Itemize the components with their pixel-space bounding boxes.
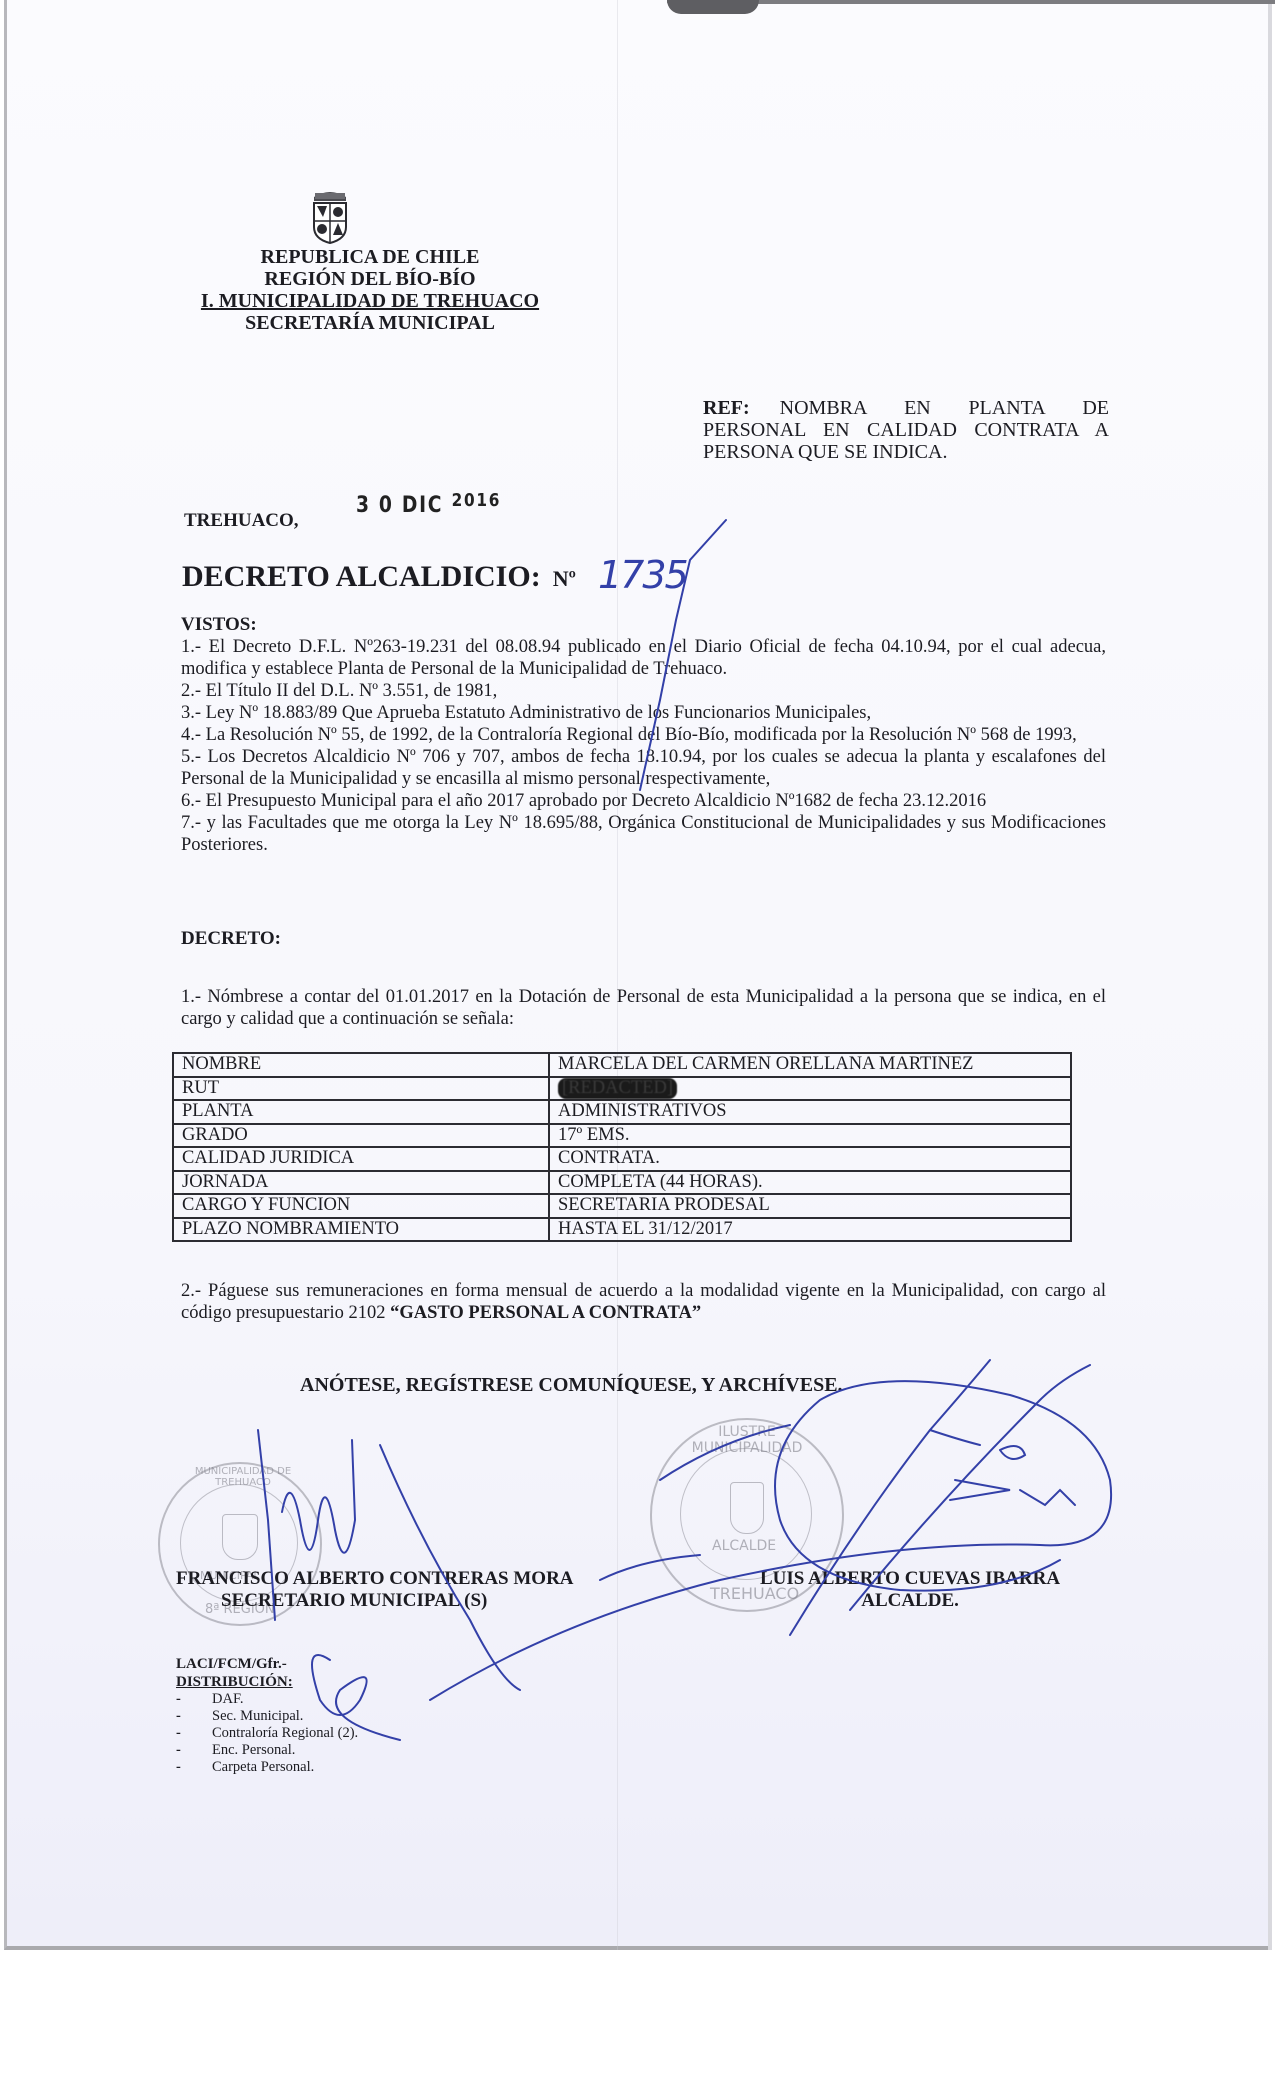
scan-shadow-blob: [667, 0, 759, 14]
visto-item: 5.- Los Decretos Alcaldicio Nº 706 y 707…: [181, 746, 1106, 790]
field-value: 17º EMS.: [549, 1124, 1071, 1148]
distribution-item: Carpeta Personal.: [176, 1759, 358, 1776]
secretary-name: FRANCISCO ALBERTO CONTRERAS MORA: [176, 1568, 574, 1590]
header-line-department: SECRETARÍA MUNICIPAL: [160, 312, 580, 334]
field-value: ADMINISTRATIVOS: [549, 1100, 1071, 1124]
table-row: RUT[REDACTED]: [173, 1077, 1071, 1101]
budget-code-label: “GASTO PERSONAL A CONTRATA”: [390, 1303, 701, 1323]
redacted-rut: [REDACTED]: [558, 1078, 677, 1100]
field-label: JORNADA: [173, 1171, 549, 1195]
field-value: CONTRATA.: [549, 1147, 1071, 1171]
vistos-section: VISTOS: 1.- El Decreto D.F.L. Nº263-19.2…: [181, 614, 1106, 856]
secretary-role: SECRETARIO MUNICIPAL (S): [176, 1590, 574, 1612]
table-row: PLANTAADMINISTRATIVOS: [173, 1100, 1071, 1124]
header-line-municipality: I. MUNICIPALIDAD DE TREHUACO: [160, 290, 580, 312]
field-label: CALIDAD JURIDICA: [173, 1147, 549, 1171]
visto-item: 2.- El Título II del D.L. Nº 3.551, de 1…: [181, 680, 1106, 702]
table-row: CALIDAD JURIDICACONTRATA.: [173, 1147, 1071, 1171]
municipal-coat-of-arms-icon: [309, 185, 351, 245]
page-edge: [1268, 0, 1272, 1950]
stamp-right-top-text: ILUSTRE MUNICIPALIDAD: [662, 1424, 832, 1456]
table-row: CARGO Y FUNCIONSECRETARIA PRODESAL: [173, 1194, 1071, 1218]
signature-block-mayor: LUIS ALBERTO CUEVAS IBARRA ALCALDE.: [760, 1568, 1060, 1612]
letterhead: REPUBLICA DE CHILE REGIÓN DEL BÍO-BÍO I.…: [160, 246, 580, 334]
field-value: [REDACTED]: [549, 1077, 1071, 1101]
distribution-label: DISTRIBUCIÓN:: [176, 1673, 358, 1691]
table-row: GRADO17º EMS.: [173, 1124, 1071, 1148]
stamp-right-crest-icon: [730, 1482, 764, 1534]
decreto-paragraph-2: 2.- Páguese sus remuneraciones en forma …: [181, 1280, 1106, 1324]
visto-item: 6.- El Presupuesto Municipal para el año…: [181, 790, 1106, 812]
closing-formula: ANÓTESE, REGÍSTRESE COMUNÍQUESE, Y ARCHÍ…: [300, 1374, 843, 1397]
distribution-item: DAF.: [176, 1691, 358, 1708]
decree-number-label: Nº: [553, 566, 576, 591]
table-row: NOMBREMARCELA DEL CARMEN ORELLANA MARTIN…: [173, 1053, 1071, 1077]
appointment-table: NOMBREMARCELA DEL CARMEN ORELLANA MARTIN…: [172, 1052, 1072, 1242]
stamp-left-crest-icon: [222, 1514, 258, 1560]
distribution-item: Sec. Municipal.: [176, 1708, 358, 1725]
field-value: COMPLETA (44 HORAS).: [549, 1171, 1071, 1195]
distribution-item: Contraloría Regional (2).: [176, 1725, 358, 1742]
field-label: PLANTA: [173, 1100, 549, 1124]
header-line-country: REPUBLICA DE CHILE: [160, 246, 580, 268]
decree-title-text: DECRETO ALCALDICIO:: [182, 560, 541, 593]
visto-item: 3.- Ley Nº 18.883/89 Que Aprueba Estatut…: [181, 702, 1106, 724]
distribution-list: DAF. Sec. Municipal. Contraloría Regiona…: [176, 1691, 358, 1776]
date-stamp-day-month: 3 0 DIC: [356, 493, 443, 518]
visto-item: 4.- La Resolución Nº 55, de 1992, de la …: [181, 724, 1106, 746]
vistos-label: VISTOS:: [181, 614, 1106, 636]
mayor-role: ALCALDE.: [760, 1590, 1060, 1612]
stamp-right-center-text: ALCALDE: [712, 1538, 776, 1554]
date-stamp-year: 2016: [452, 490, 501, 511]
field-label: CARGO Y FUNCION: [173, 1194, 549, 1218]
table-row: PLAZO NOMBRAMIENTOHASTA EL 31/12/2017: [173, 1218, 1071, 1242]
mayor-name: LUIS ALBERTO CUEVAS IBARRA: [760, 1568, 1060, 1590]
table-row: JORNADACOMPLETA (44 HORAS).: [173, 1171, 1071, 1195]
reference-block: REF:NOMBRA EN PLANTA DE PERSONAL EN CALI…: [703, 397, 1109, 463]
distribution-item: Enc. Personal.: [176, 1742, 358, 1759]
header-line-region: REGIÓN DEL BÍO-BÍO: [160, 268, 580, 290]
field-value: HASTA EL 31/12/2017: [549, 1218, 1071, 1242]
decreto-paragraph-1: 1.- Nómbrese a contar del 01.01.2017 en …: [181, 986, 1106, 1030]
author-initials: LACI/FCM/Gfr.-: [176, 1655, 358, 1673]
decreto-label: DECRETO:: [181, 928, 1106, 950]
decreto-section: DECRETO: 1.- Nómbrese a contar del 01.01…: [181, 928, 1106, 1030]
distribution-block: LACI/FCM/Gfr.- DISTRIBUCIÓN: DAF. Sec. M…: [176, 1655, 358, 1776]
date-stamp: 3 0 DIC2016: [356, 493, 501, 518]
handwritten-decree-number: 1735: [598, 553, 687, 597]
field-label: RUT: [173, 1077, 549, 1101]
field-label: GRADO: [173, 1124, 549, 1148]
signature-block-secretary: FRANCISCO ALBERTO CONTRERAS MORA SECRETA…: [176, 1568, 574, 1612]
decree-title: DECRETO ALCALDICIO:Nº: [182, 560, 576, 594]
field-value: MARCELA DEL CARMEN ORELLANA MARTINEZ: [549, 1053, 1071, 1077]
visto-item: 1.- El Decreto D.F.L. Nº263-19.231 del 0…: [181, 636, 1106, 680]
reference-label: REF:: [703, 397, 750, 419]
reference-text: NOMBRA EN PLANTA DE PERSONAL EN CALIDAD …: [703, 397, 1109, 463]
field-label: PLAZO NOMBRAMIENTO: [173, 1218, 549, 1242]
stamp-left-top-text: MUNICIPALIDAD DE TREHUACO: [168, 1466, 318, 1488]
field-value: SECRETARIA PRODESAL: [549, 1194, 1071, 1218]
city-label: TREHUACO,: [184, 510, 299, 532]
field-label: NOMBRE: [173, 1053, 549, 1077]
visto-item: 7.- y las Facultades que me otorga la Le…: [181, 812, 1106, 856]
